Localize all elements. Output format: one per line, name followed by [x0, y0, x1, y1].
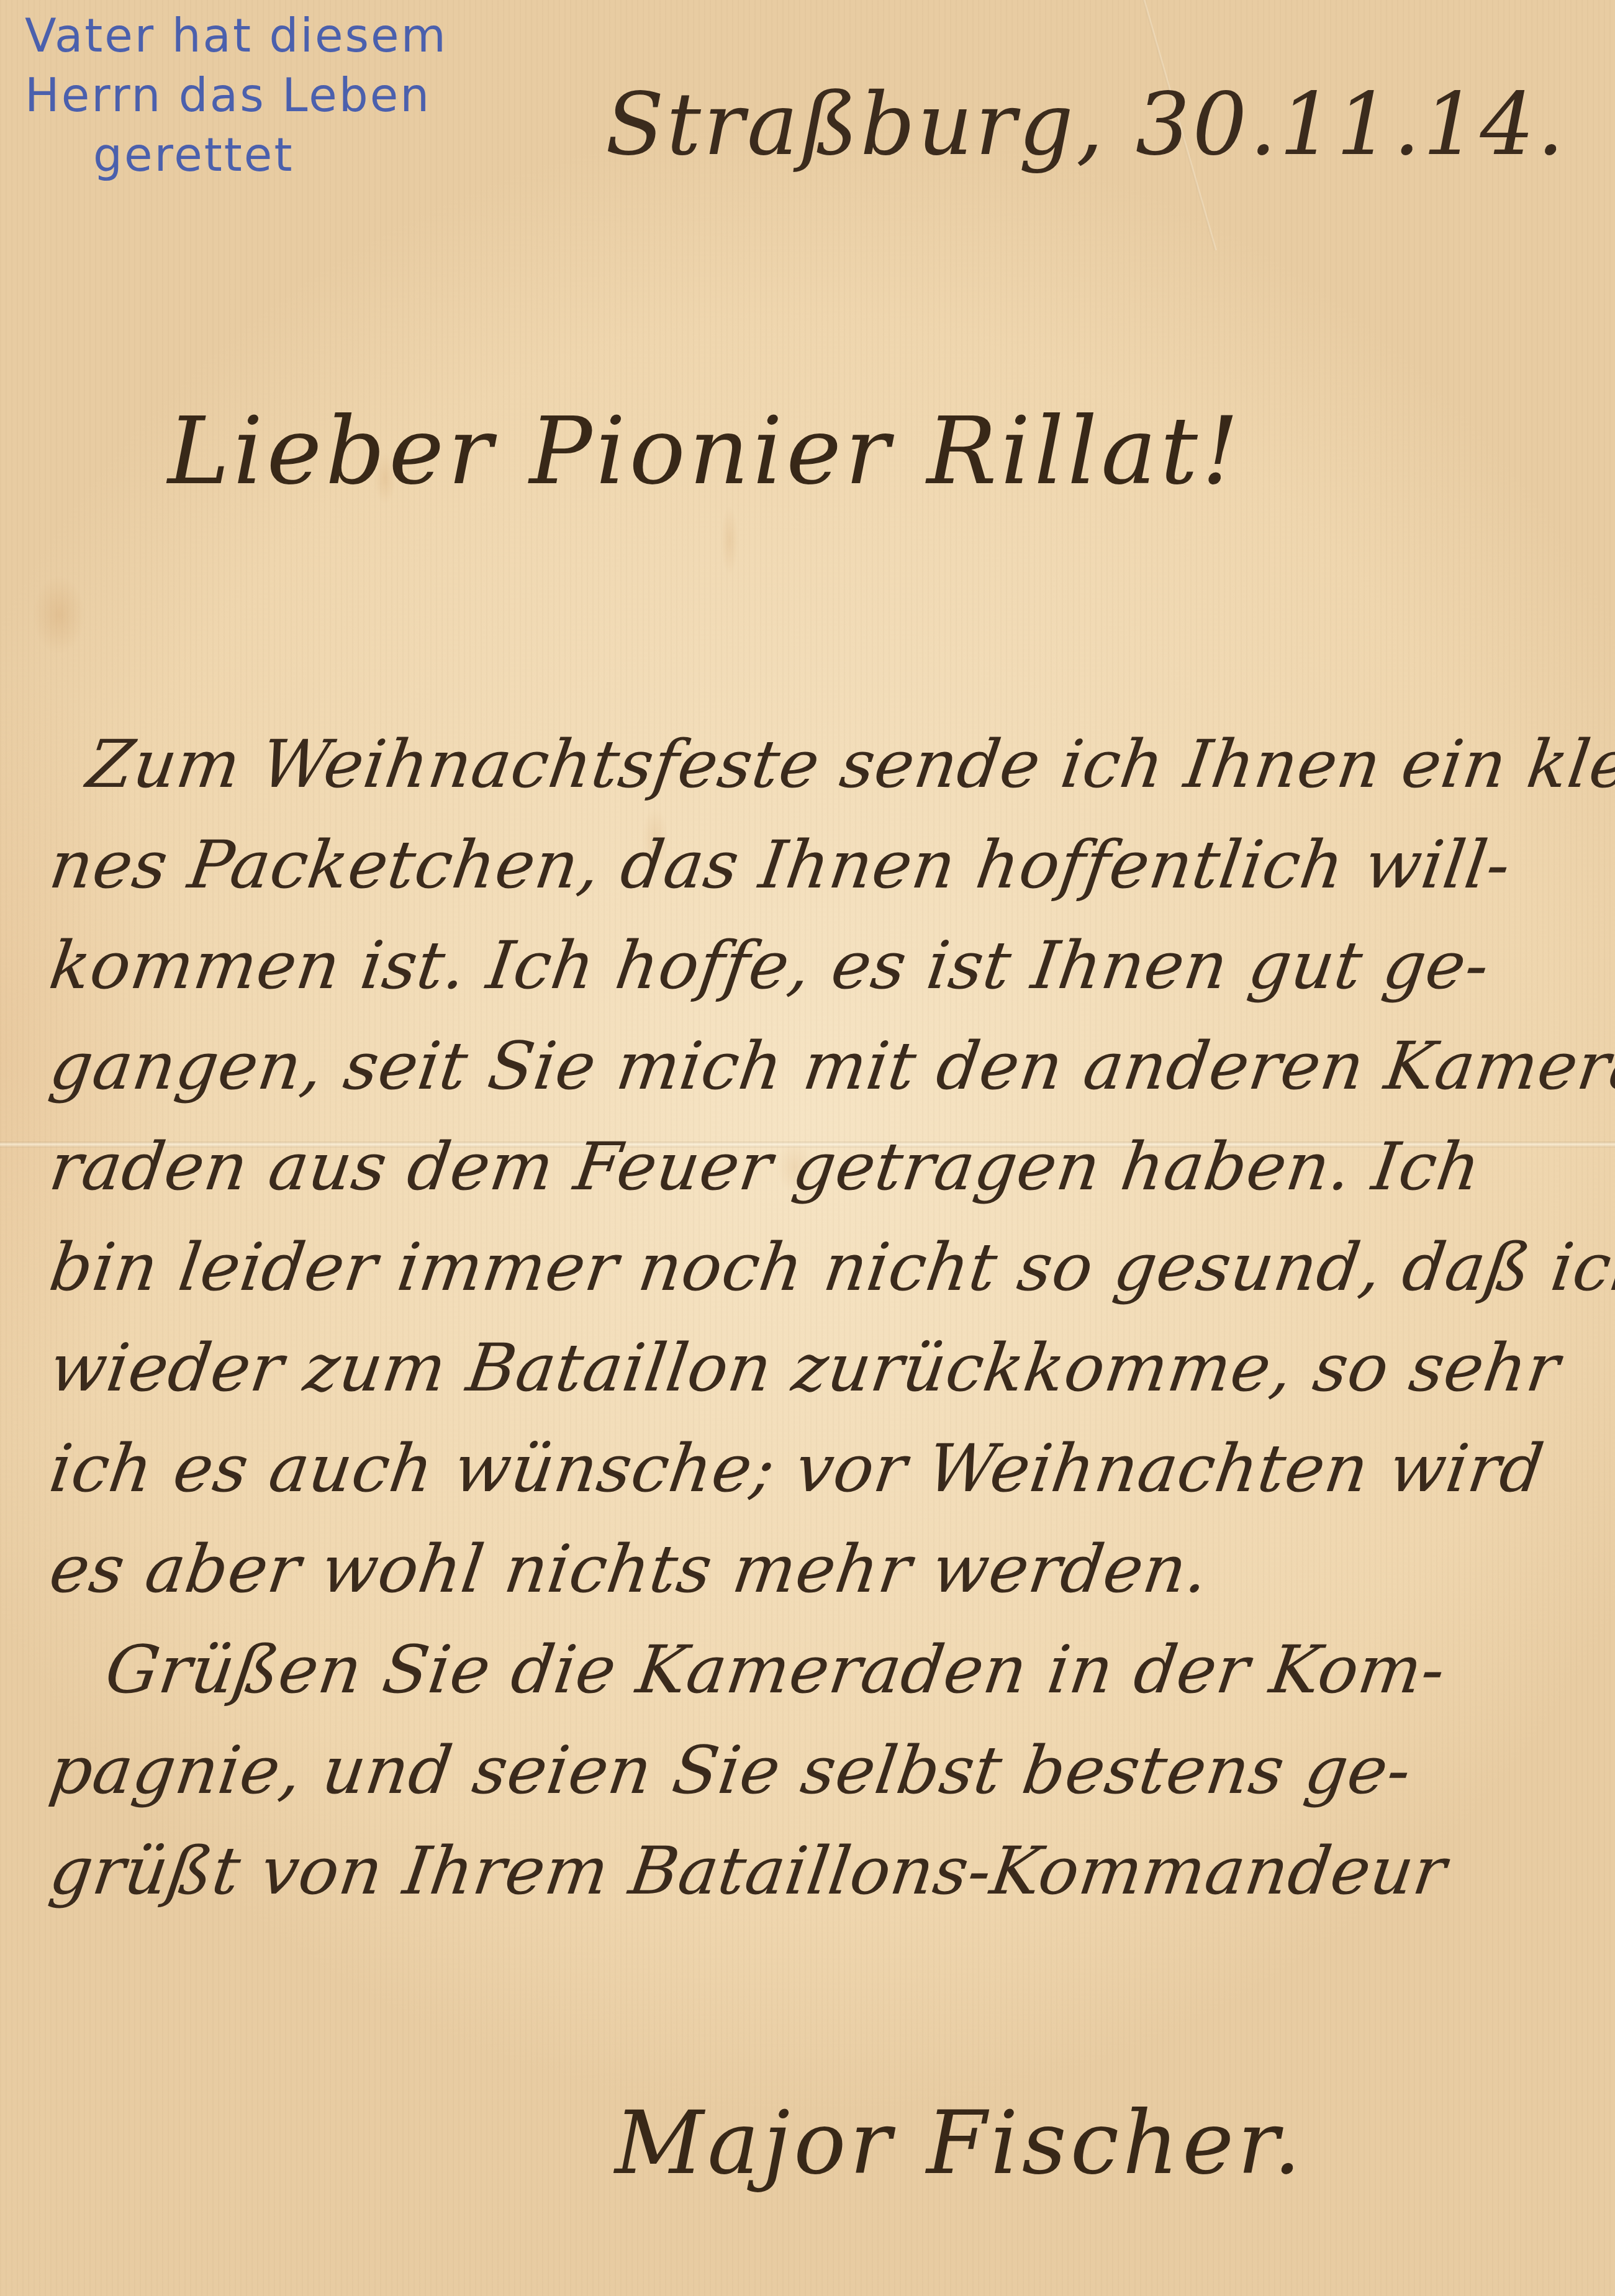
body-line: ich es auch wünsche; vor Weihnachten wir…: [43, 1418, 1610, 1519]
salutation: Lieber Pionier Rillat!: [168, 397, 1242, 506]
body-line: gangen, seit Sie mich mit den anderen Ka…: [43, 1016, 1610, 1117]
place-and-date: Straßburg, 30.11.14.: [605, 75, 1567, 175]
body-line: grüßt von Ihrem Bataillons-Kommandeur: [43, 1821, 1610, 1922]
blue-pen-annotation: Vater hat diesem Herrn das Leben gerette…: [25, 6, 584, 185]
body-line: Grüßen Sie die Kameraden in der Kom-: [43, 1620, 1610, 1720]
letter-page: Vater hat diesem Herrn das Leben gerette…: [0, 0, 1615, 2296]
body-line: nes Packetchen, das Ihnen hoffentlich wi…: [43, 815, 1610, 915]
annotation-line: Vater hat diesem: [25, 6, 584, 66]
body-line: wieder zum Bataillon zurückkomme, so seh…: [43, 1318, 1610, 1418]
letter-body: Zum Weihnachtsfeste sende ich Ihnen ein …: [43, 714, 1596, 1922]
annotation-line: gerettet: [25, 125, 584, 185]
annotation-line: Herrn das Leben: [25, 66, 584, 125]
body-line: kommen ist. Ich hoffe, es ist Ihnen gut …: [43, 915, 1610, 1016]
body-line: bin leider immer noch nicht so gesund, d…: [43, 1217, 1610, 1318]
body-line: Zum Weihnachtsfeste sende ich Ihnen ein …: [43, 714, 1610, 815]
signature: Major Fischer.: [615, 2093, 1305, 2194]
body-line: pagnie, und seien Sie selbst bestens ge-: [43, 1720, 1610, 1821]
body-line: es aber wohl nichts mehr werden.: [43, 1519, 1610, 1620]
body-line: raden aus dem Feuer getragen haben. Ich: [43, 1117, 1610, 1217]
